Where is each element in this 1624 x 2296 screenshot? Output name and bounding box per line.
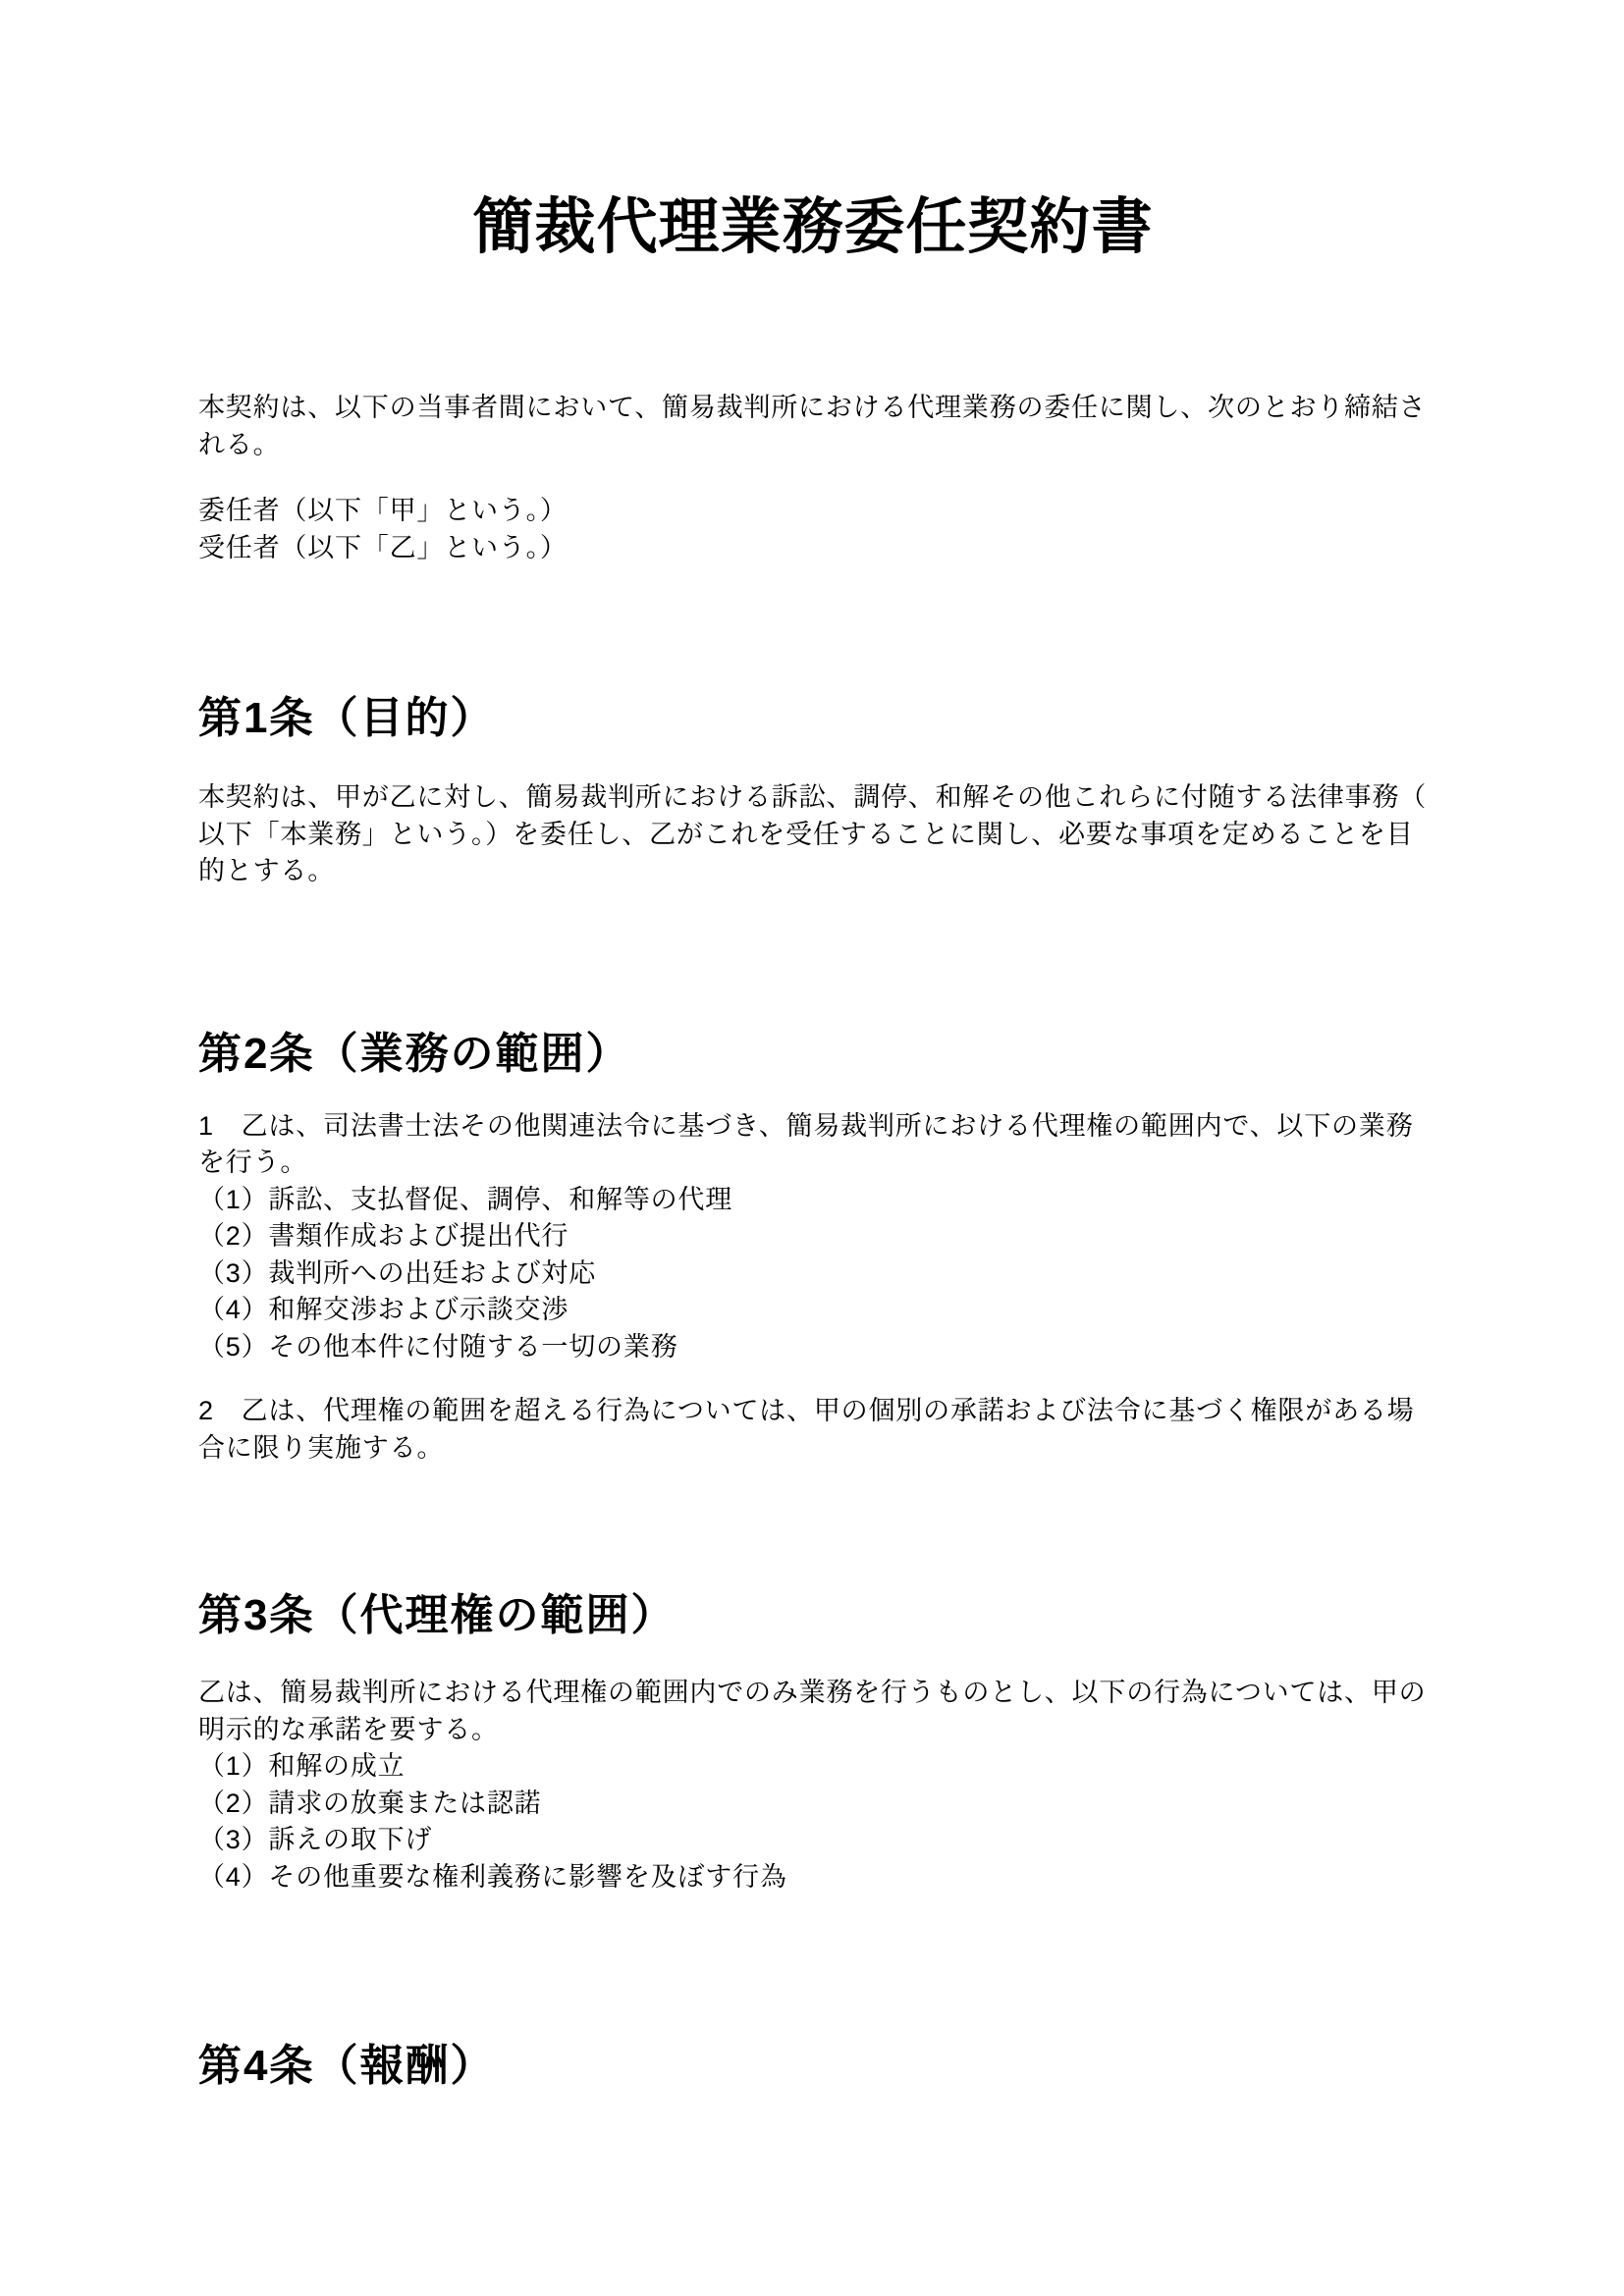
article-3-paragraph: 乙は、簡易裁判所における代理権の範囲内でのみ業務を行うものとし、以下の行為につい… — [198, 1675, 1428, 1748]
article-2-paragraph-1: 1 乙は、司法書士法その他関連法令に基づき、簡易裁判所における代理権の範囲内で、… — [198, 1108, 1428, 1182]
article-3-item: （2）請求の放棄または認諾 — [198, 1786, 1428, 1823]
document-title: 簡裁代理業務委任契約書 — [198, 192, 1428, 263]
article-1-heading: 第1条（目的） — [198, 692, 1428, 745]
party-delegator-line: 委任者（以下「甲」という。） — [198, 493, 1428, 530]
article-2-item: （3）裁判所への出廷および対応 — [198, 1255, 1428, 1293]
article-2-heading: 第2条（業務の範囲） — [198, 1028, 1428, 1081]
article-2-item-list: （1）訴訟、支払督促、調停、和解等の代理 （2）書類作成および提出代行 （3）裁… — [198, 1182, 1428, 1366]
parties-block: 委任者（以下「甲」という。） 受任者（以下「乙」という。） — [198, 493, 1428, 566]
article-3-item: （1）和解の成立 — [198, 1748, 1428, 1786]
intro-paragraph: 本契約は、以下の当事者間において、簡易裁判所における代理業務の委任に関し、次のと… — [198, 390, 1428, 463]
article-3-item: （4）その他重要な権利義務に影響を及ぼす行為 — [198, 1859, 1428, 1896]
contract-document-page: 簡裁代理業務委任契約書 本契約は、以下の当事者間において、簡易裁判所における代理… — [0, 0, 1624, 2296]
article-2-item: （1）訴訟、支払督促、調停、和解等の代理 — [198, 1182, 1428, 1219]
article-4-heading: 第4条（報酬） — [198, 2040, 1428, 2093]
article-2-item: （5）その他本件に付随する一切の業務 — [198, 1329, 1428, 1366]
article-1-paragraph: 本契約は、甲が乙に対し、簡易裁判所における訴訟、調停、和解その他これらに付随する… — [198, 779, 1428, 890]
article-3-heading: 第3条（代理権の範囲） — [198, 1589, 1428, 1642]
article-2-paragraph-2: 2 乙は、代理権の範囲を超える行為については、甲の個別の承諾および法令に基づく権… — [198, 1393, 1428, 1467]
article-3-item: （3）訴えの取下げ — [198, 1822, 1428, 1859]
article-2-item: （2）書類作成および提出代行 — [198, 1218, 1428, 1255]
party-delegate-line: 受任者（以下「乙」という。） — [198, 530, 1428, 567]
article-3-item-list: （1）和解の成立 （2）請求の放棄または認諾 （3）訴えの取下げ （4）その他重… — [198, 1748, 1428, 1896]
article-2-item: （4）和解交渉および示談交渉 — [198, 1292, 1428, 1329]
